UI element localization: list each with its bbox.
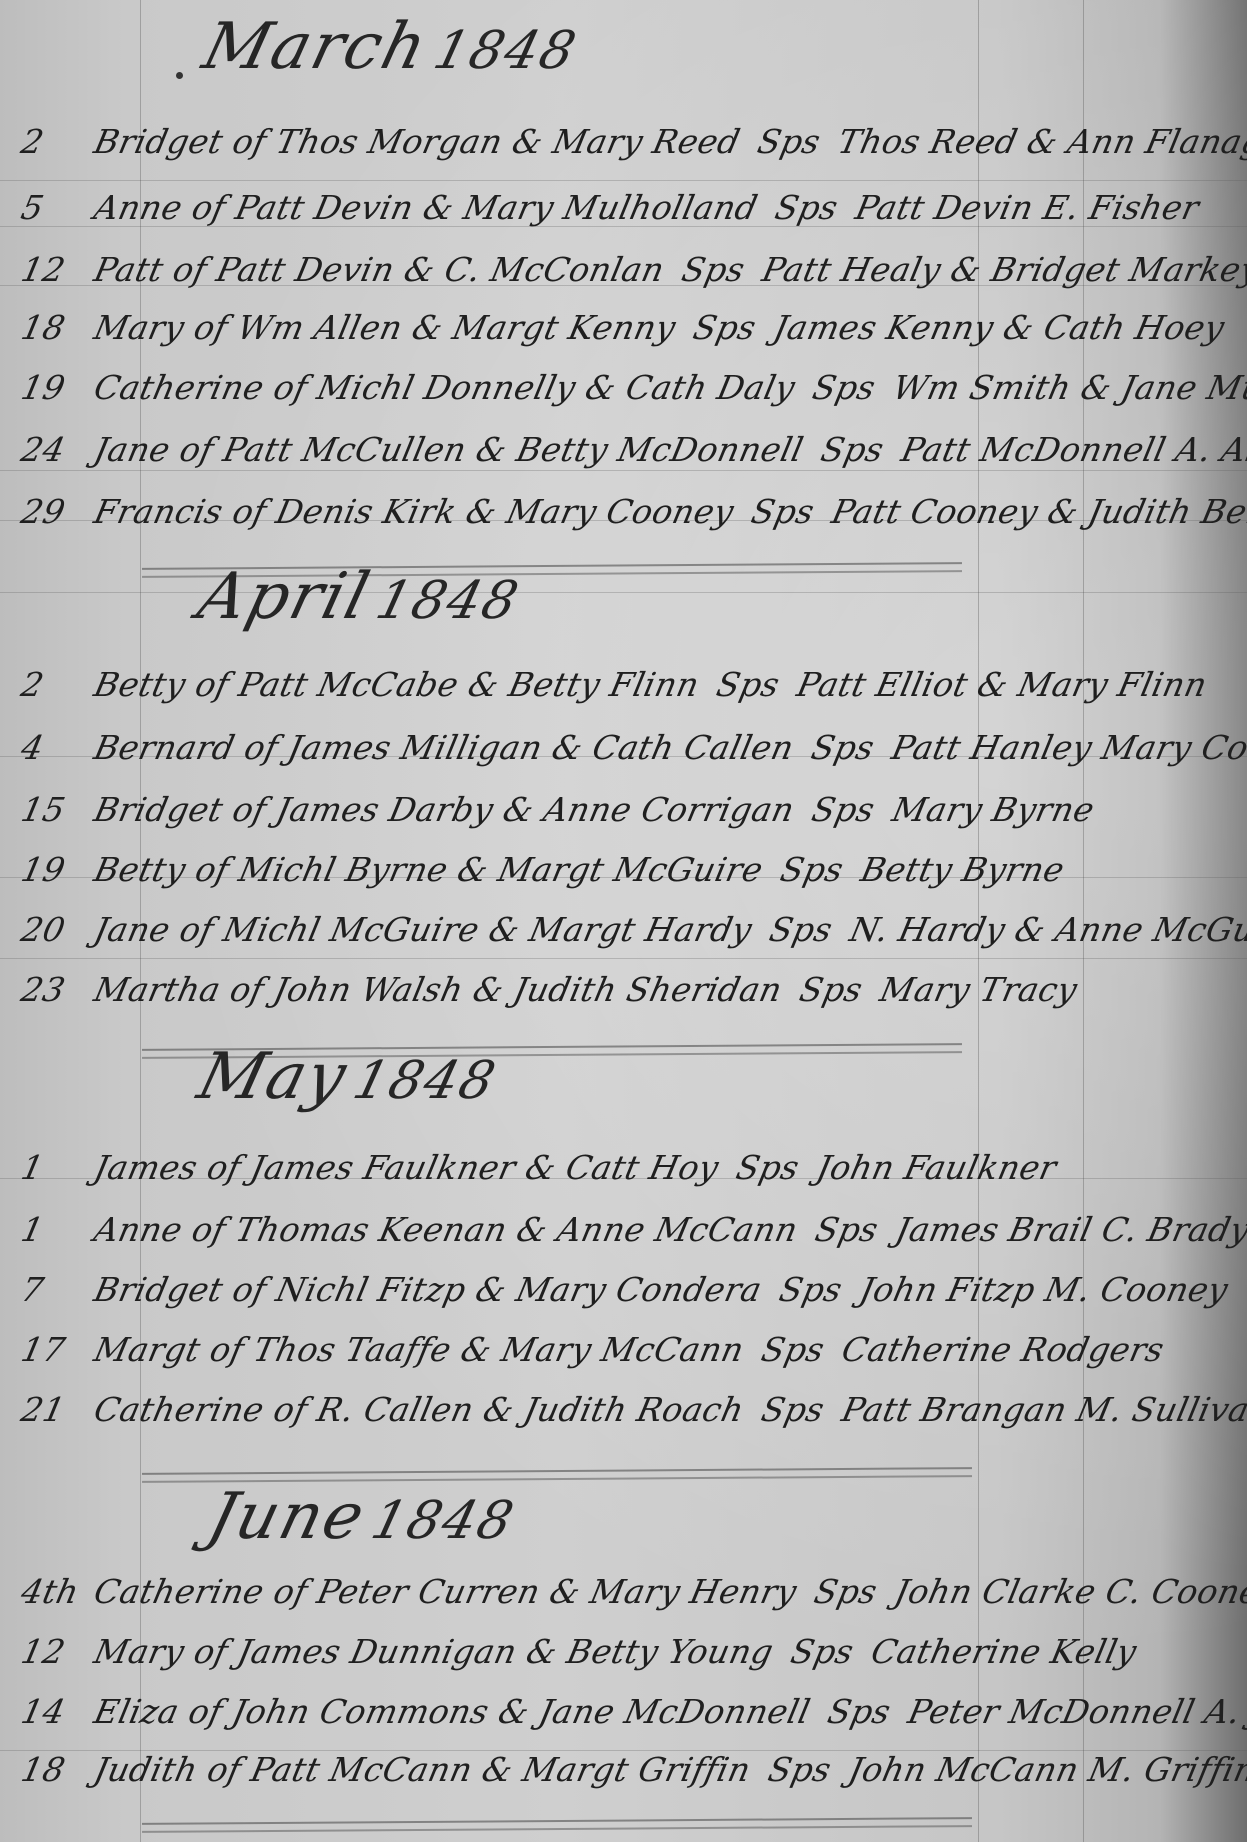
entry-sponsors-label: Sps: [777, 850, 847, 889]
entry-sponsors: Betty Byrne: [857, 850, 1067, 889]
entry-sponsors: John McCann M. Griffin: [845, 1750, 1247, 1789]
entry-sponsors-label: Sps: [809, 368, 879, 407]
month-heading-april: April1848: [191, 560, 529, 634]
entry-sponsors-label: Sps: [713, 665, 783, 704]
entry-day: 18: [18, 1750, 88, 1789]
entry-day: 23: [18, 970, 88, 1009]
entry-sponsors-label: Sps: [765, 1750, 835, 1789]
entry-child: Catherine: [91, 368, 268, 407]
entry-day: 4: [18, 728, 88, 767]
register-entry: 2 Bridget of Thos Morgan & Mary Reed Sps…: [18, 122, 1231, 161]
entry-sponsors: James Kenny & Cath Hoey: [770, 308, 1228, 347]
entry-sponsors-label: Sps: [772, 188, 842, 227]
register-entry: 14 Eliza of John Commons & Jane McDonnel…: [18, 1692, 1231, 1731]
entry-sponsors-label: Sps: [766, 910, 836, 949]
entry-parents: of John Walsh & Judith Sheridan: [227, 970, 786, 1009]
entry-sponsors: Patt Devin E. Fisher: [852, 188, 1203, 227]
entry-parents: of Nichl Fitzp & Mary Condera: [229, 1270, 765, 1309]
entry-child: Eliza: [91, 1692, 183, 1731]
entry-day: 15: [18, 790, 88, 829]
entry-sponsors: James Brail C. Brady: [892, 1210, 1247, 1249]
register-entry: 21 Catherine of R. Callen & Judith Roach…: [18, 1390, 1231, 1429]
register-entry: 7 Bridget of Nichl Fitzp & Mary Condera …: [18, 1270, 1231, 1309]
entry-sponsors-label: Sps: [824, 1692, 894, 1731]
register-entry: 4th Catherine of Peter Curren & Mary Hen…: [18, 1572, 1231, 1611]
entry-parents: of Thomas Keenan & Anne McCann: [189, 1210, 802, 1249]
month-heading-may: May1848: [191, 1040, 506, 1114]
entry-sponsors: N. Hardy & Anne McGuire: [846, 910, 1247, 949]
register-entry: 19 Betty of Michl Byrne & Margt McGuire …: [18, 850, 1231, 889]
register-entry: 20 Jane of Michl McGuire & Margt Hardy S…: [18, 910, 1231, 949]
entry-day: 4th: [18, 1572, 88, 1611]
month-name: May: [191, 1040, 355, 1114]
entry-child: Martha: [91, 970, 225, 1009]
register-entry: 2 Betty of Patt McCabe & Betty Flinn Sps…: [18, 665, 1231, 704]
entry-day: 1: [18, 1148, 88, 1187]
entry-sponsors-label: Sps: [796, 970, 866, 1009]
entry-child: Anne: [91, 1210, 186, 1249]
entry-sponsors: Mary Tracy: [877, 970, 1081, 1009]
entry-child: James: [91, 1148, 201, 1187]
entry-parents: of John Commons & Jane McDonnell: [185, 1692, 814, 1731]
entry-parents: of Patt McCann & Margt Griffin: [204, 1750, 754, 1789]
entry-parents: of James Faulkner & Catt Hoy: [204, 1148, 723, 1187]
register-entry: 18 Mary of Wm Allen & Margt Kenny Sps Ja…: [18, 308, 1231, 347]
register-entry: 12 Patt of Patt Devin & C. McConlan Sps …: [18, 250, 1231, 289]
entry-parents: of James Dunnigan & Betty Young: [191, 1632, 777, 1671]
entry-sponsors: Catherine Kelly: [868, 1632, 1140, 1671]
entry-sponsors: Catherine Rodgers: [838, 1330, 1167, 1369]
entry-child: Jane: [91, 910, 174, 949]
entry-day: 29: [18, 492, 88, 531]
entry-sponsors: Patt Healy & Bridget Markey: [759, 250, 1247, 289]
month-year: 1848: [370, 571, 525, 631]
entry-day: 12: [18, 1632, 88, 1671]
month-heading-june: June1848: [201, 1480, 524, 1554]
register-entry: 19 Catherine of Michl Donnelly & Cath Da…: [18, 368, 1231, 407]
entry-child: Mary: [91, 308, 188, 347]
entry-parents: of Michl Donnelly & Cath Daly: [270, 368, 798, 407]
entry-child: Mary: [91, 1632, 188, 1671]
month-year: 1848: [365, 1491, 520, 1551]
entry-day: 2: [18, 665, 88, 704]
entry-parents: of James Darby & Anne Corrigan: [229, 790, 798, 829]
register-entry: 1 Anne of Thomas Keenan & Anne McCann Sp…: [18, 1210, 1231, 1249]
entry-parents: of Wm Allen & Margt Kenny: [191, 308, 680, 347]
entry-sponsors-label: Sps: [678, 250, 748, 289]
register-entry: 23 Martha of John Walsh & Judith Sherida…: [18, 970, 1231, 1009]
register-entry: 18 Judith of Patt McCann & Margt Griffin…: [18, 1750, 1231, 1789]
entry-day: 17: [18, 1330, 88, 1369]
register-entry: 15 Bridget of James Darby & Anne Corriga…: [18, 790, 1231, 829]
entry-day: 14: [18, 1692, 88, 1731]
entry-sponsors-label: Sps: [812, 1210, 882, 1249]
month-year: 1848: [428, 21, 583, 81]
entry-day: 18: [18, 308, 88, 347]
entry-child: Betty: [91, 850, 190, 889]
ruled-line: [0, 592, 1247, 593]
entry-parents: of Peter Curren & Mary Henry: [270, 1572, 800, 1611]
entry-child: Jane: [91, 430, 174, 469]
entry-sponsors-label: Sps: [776, 1270, 846, 1309]
entry-parents: of Patt McCullen & Betty McDonnell: [176, 430, 807, 469]
register-entry: 4 Bernard of James Milligan & Cath Calle…: [18, 728, 1231, 767]
entry-sponsors: Patt Elliot & Mary Flinn: [794, 665, 1211, 704]
register-entry: 17 Margt of Thos Taaffe & Mary McCann Sp…: [18, 1330, 1231, 1369]
entry-sponsors-label: Sps: [754, 122, 824, 161]
entry-sponsors-label: Sps: [787, 1632, 857, 1671]
entry-sponsors-label: Sps: [758, 1390, 828, 1429]
entry-sponsors: Peter McDonnell A. Joseph: [905, 1692, 1247, 1731]
entry-child: Catherine: [91, 1390, 268, 1429]
entry-sponsors: John Clarke C. Cooney: [891, 1572, 1247, 1611]
entry-sponsors: John Fitzp M. Cooney: [856, 1270, 1231, 1309]
month-year: 1848: [347, 1051, 502, 1111]
month-name: June: [201, 1480, 373, 1554]
entry-day: 7: [18, 1270, 88, 1309]
entry-day: 5: [18, 188, 88, 227]
register-page: March1848 2 Bridget of Thos Morgan & Mar…: [0, 0, 1247, 1842]
entry-parents: of Patt Devin & Mary Mulholland: [189, 188, 762, 227]
entry-day: 12: [18, 250, 88, 289]
entry-child: Margt: [91, 1330, 204, 1369]
entry-child: Judith: [91, 1750, 202, 1789]
entry-day: 1: [18, 1210, 88, 1249]
entry-parents: of Denis Kirk & Mary Cooney: [229, 492, 737, 531]
entry-child: Bridget: [91, 122, 227, 161]
register-entry: 5 Anne of Patt Devin & Mary Mulholland S…: [18, 188, 1231, 227]
entry-sponsors: Patt Hanley Mary Cooney: [888, 728, 1247, 767]
entry-sponsors-label: Sps: [808, 728, 878, 767]
entry-sponsors-label: Sps: [733, 1148, 803, 1187]
entry-sponsors: Wm Smith & Jane Mullen: [890, 368, 1247, 407]
month-name: April: [191, 560, 378, 634]
entry-sponsors: Thos Reed & Ann Flanagan: [835, 122, 1247, 161]
entry-sponsors-label: Sps: [808, 790, 878, 829]
entry-sponsors: Patt Cooney & Judith Berrill: [828, 492, 1247, 531]
entry-parents: of R. Callen & Judith Roach: [270, 1390, 747, 1429]
entry-child: Bridget: [91, 1270, 227, 1309]
month-heading-march: March1848: [196, 10, 586, 84]
entry-parents: of Thos Morgan & Mary Reed: [229, 122, 743, 161]
entry-child: Catherine: [91, 1572, 268, 1611]
entry-parents: of Michl McGuire & Margt Hardy: [176, 910, 755, 949]
register-entry: 24 Jane of Patt McCullen & Betty McDonne…: [18, 430, 1231, 469]
ruled-line: [0, 180, 1247, 181]
register-entry: 12 Mary of James Dunnigan & Betty Young …: [18, 1632, 1231, 1671]
entry-sponsors: Patt McDonnell A. Allen: [898, 430, 1247, 469]
entry-sponsors-label: Sps: [818, 430, 888, 469]
entry-day: 2: [18, 122, 88, 161]
entry-sponsors-label: Sps: [758, 1330, 828, 1369]
entry-parents: of Michl Byrne & Margt McGuire: [192, 850, 767, 889]
entry-child: Betty: [91, 665, 190, 704]
entry-sponsors: John Faulkner: [813, 1148, 1060, 1187]
entry-sponsors: Mary Byrne: [889, 790, 1098, 829]
entry-child: Patt: [91, 250, 167, 289]
entry-day: 20: [18, 910, 88, 949]
entry-parents: of Patt Devin & C. McConlan: [170, 250, 668, 289]
entry-parents: of James Milligan & Cath Callen: [241, 728, 797, 767]
entry-day: 19: [18, 850, 88, 889]
register-entry: 29 Francis of Denis Kirk & Mary Cooney S…: [18, 492, 1231, 531]
ink-dot: [176, 72, 183, 79]
entry-sponsors-label: Sps: [748, 492, 818, 531]
entry-sponsors-label: Sps: [690, 308, 760, 347]
entry-sponsors-label: Sps: [811, 1572, 881, 1611]
entry-day: 21: [18, 1390, 88, 1429]
ruled-line: [0, 958, 1247, 959]
entry-child: Bridget: [91, 790, 227, 829]
ruled-line: [0, 470, 1247, 471]
section-divider: [142, 1817, 972, 1833]
entry-sponsors: Patt Brangan M. Sullivan: [838, 1390, 1247, 1429]
entry-child: Bernard: [91, 728, 239, 767]
entry-parents: of Thos Taaffe & Mary McCann: [207, 1330, 748, 1369]
entry-parents: of Patt McCabe & Betty Flinn: [192, 665, 703, 704]
entry-child: Anne: [91, 188, 186, 227]
month-name: March: [196, 10, 436, 84]
entry-day: 24: [18, 430, 88, 469]
entry-day: 19: [18, 368, 88, 407]
register-entry: 1 James of James Faulkner & Catt Hoy Sps…: [18, 1148, 1231, 1187]
entry-child: Francis: [91, 492, 227, 531]
